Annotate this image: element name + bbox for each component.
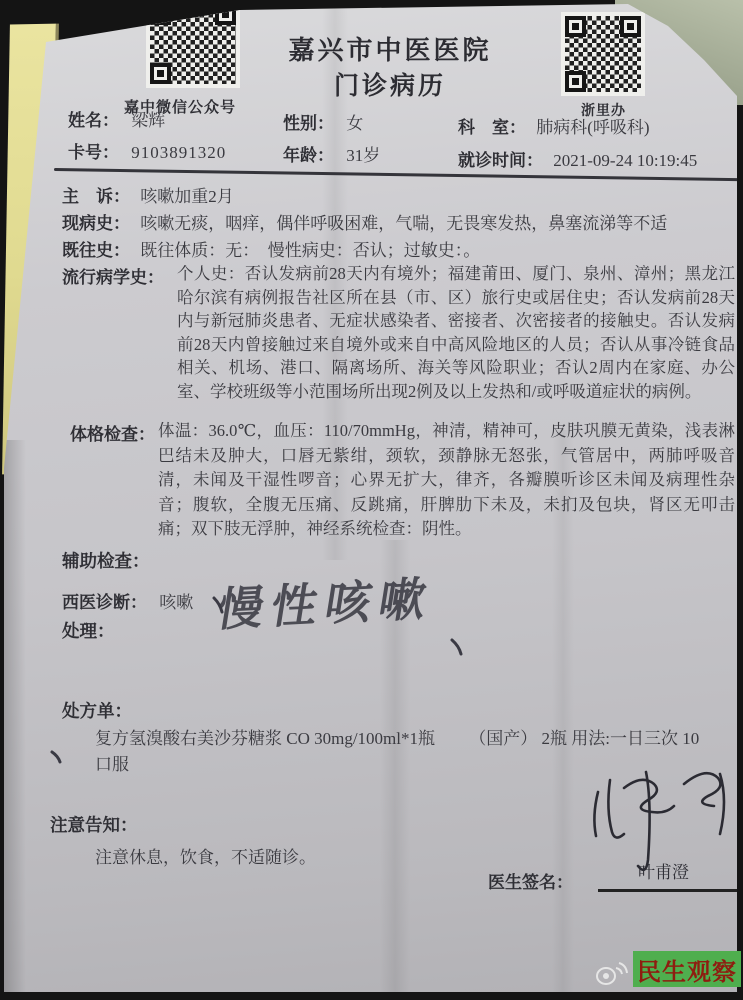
dept-label: 科 室： — [458, 118, 526, 137]
physical-exam-label: 体格检查： — [70, 420, 155, 445]
qr-finder-icon — [565, 16, 586, 37]
physical-exam: 体温：36.0℃，血压：110/70mmHg，神清，精神可，皮肤巩膜无黄染，浅表… — [158, 419, 735, 542]
qr-finder-icon — [215, 4, 236, 25]
epi-history: 个人史：否认发病前28天内有境外；福建莆田、厦门、泉州、漳州；黑龙江哈尔滨有病例… — [177, 262, 735, 403]
doctor-signature-scribble — [580, 762, 743, 872]
present-illness-row: 现病史： 咳嗽无痰，咽痒，偶伴呼吸困难，气喘，无畏寒发热，鼻塞流涕等不适 — [62, 209, 667, 234]
past-history-label: 既往史： — [62, 241, 130, 260]
diagnosis-label: 西医诊断： — [62, 593, 147, 612]
doctor-sign-label: 医生签名： — [488, 868, 573, 893]
paper-edge-shadow — [0, 440, 26, 1000]
rx-drug-name: 复方氢溴酸右美沙芬糖浆 CO 30mg/100ml*1瓶 — [95, 729, 435, 748]
rx-label: 处方单： — [62, 698, 132, 723]
name-label: 姓名： — [68, 111, 119, 130]
visit-time-row: 就诊时间： 2021-09-24 10:19:45 — [458, 146, 697, 171]
signature-line — [598, 889, 738, 892]
watermark-text: 民生观察 — [637, 952, 737, 987]
treatment-label: 处理： — [62, 618, 115, 643]
patient-dept-row: 科 室： 肺病科(呼吸科) — [458, 113, 650, 138]
rx-route: 口服 — [95, 750, 129, 775]
diagnosis: 咳嗽 — [159, 593, 193, 612]
diagnosis-row: 西医诊断： 咳嗽 — [62, 588, 193, 613]
patient-dept: 肺病科(呼吸科) — [536, 118, 649, 137]
notice-text: 注意休息，饮食，不适随诊。 — [95, 843, 316, 868]
age-label: 年龄： — [283, 146, 334, 165]
patient-name: 梁辉 — [131, 111, 165, 130]
patient-gender-row: 性别： 女 — [283, 109, 363, 134]
medical-record-paper: 嘉中微信公众号 嘉兴市中医医院 门诊病历 浙里办 姓名： 梁辉 性别： 女 科 … — [0, 0, 743, 1000]
rx-line: 复方氢溴酸右美沙芬糖浆 CO 30mg/100ml*1瓶 （国产） 2瓶 用法:… — [95, 724, 699, 749]
hospital-name: 嘉兴市中医医院 — [240, 30, 540, 67]
patient-age-row: 年龄： 31岁 — [283, 141, 380, 166]
pen-mark — [48, 748, 68, 768]
weibo-icon — [594, 960, 628, 986]
watermark-badge: 民生观察 — [633, 951, 741, 987]
qr-finder-icon — [565, 71, 586, 92]
past-history-row: 既往史： 既往体质：无： 慢性病史：否认；过敏史：。 — [62, 236, 480, 261]
qr-finder-icon — [150, 4, 171, 25]
visit-time-label: 就诊时间： — [458, 151, 543, 170]
qr-finder-icon — [620, 16, 641, 37]
visit-time: 2021-09-24 10:19:45 — [553, 151, 697, 170]
patient-name-row: 姓名： 梁辉 — [68, 106, 165, 131]
qr-finder-icon — [150, 63, 171, 84]
pen-marks — [210, 592, 470, 662]
notice-label: 注意告知： — [50, 812, 138, 837]
present-illness: 咳嗽无痰，咽痒，偶伴呼吸困难，气喘，无畏寒发热，鼻塞流涕等不适 — [140, 214, 667, 233]
epi-history-label: 流行病学史： — [62, 263, 164, 288]
patient-age: 31岁 — [346, 146, 380, 165]
aux-exam-label: 辅助检查： — [62, 548, 150, 573]
past-history: 既往体质：无： 慢性病史：否认；过敏史：。 — [140, 241, 480, 260]
chief-complaint: 咳嗽加重2月 — [140, 187, 234, 206]
chief-complaint-label: 主 诉： — [62, 187, 130, 206]
gender-label: 性别： — [283, 114, 334, 133]
rx-usage: （国产） 2瓶 用法:一日三次 10 — [469, 729, 699, 748]
patient-gender: 女 — [346, 114, 363, 133]
present-illness-label: 现病史： — [62, 214, 130, 233]
chief-complaint-row: 主 诉： 咳嗽加重2月 — [62, 182, 234, 207]
document-title: 门诊病历 — [240, 66, 540, 102]
patient-card-row: 卡号： 9103891320 — [68, 138, 226, 163]
zheliban-qr-code — [565, 16, 641, 92]
card-label: 卡号： — [68, 143, 119, 162]
wechat-qr-code — [150, 4, 236, 84]
patient-card-no: 9103891320 — [131, 143, 226, 162]
